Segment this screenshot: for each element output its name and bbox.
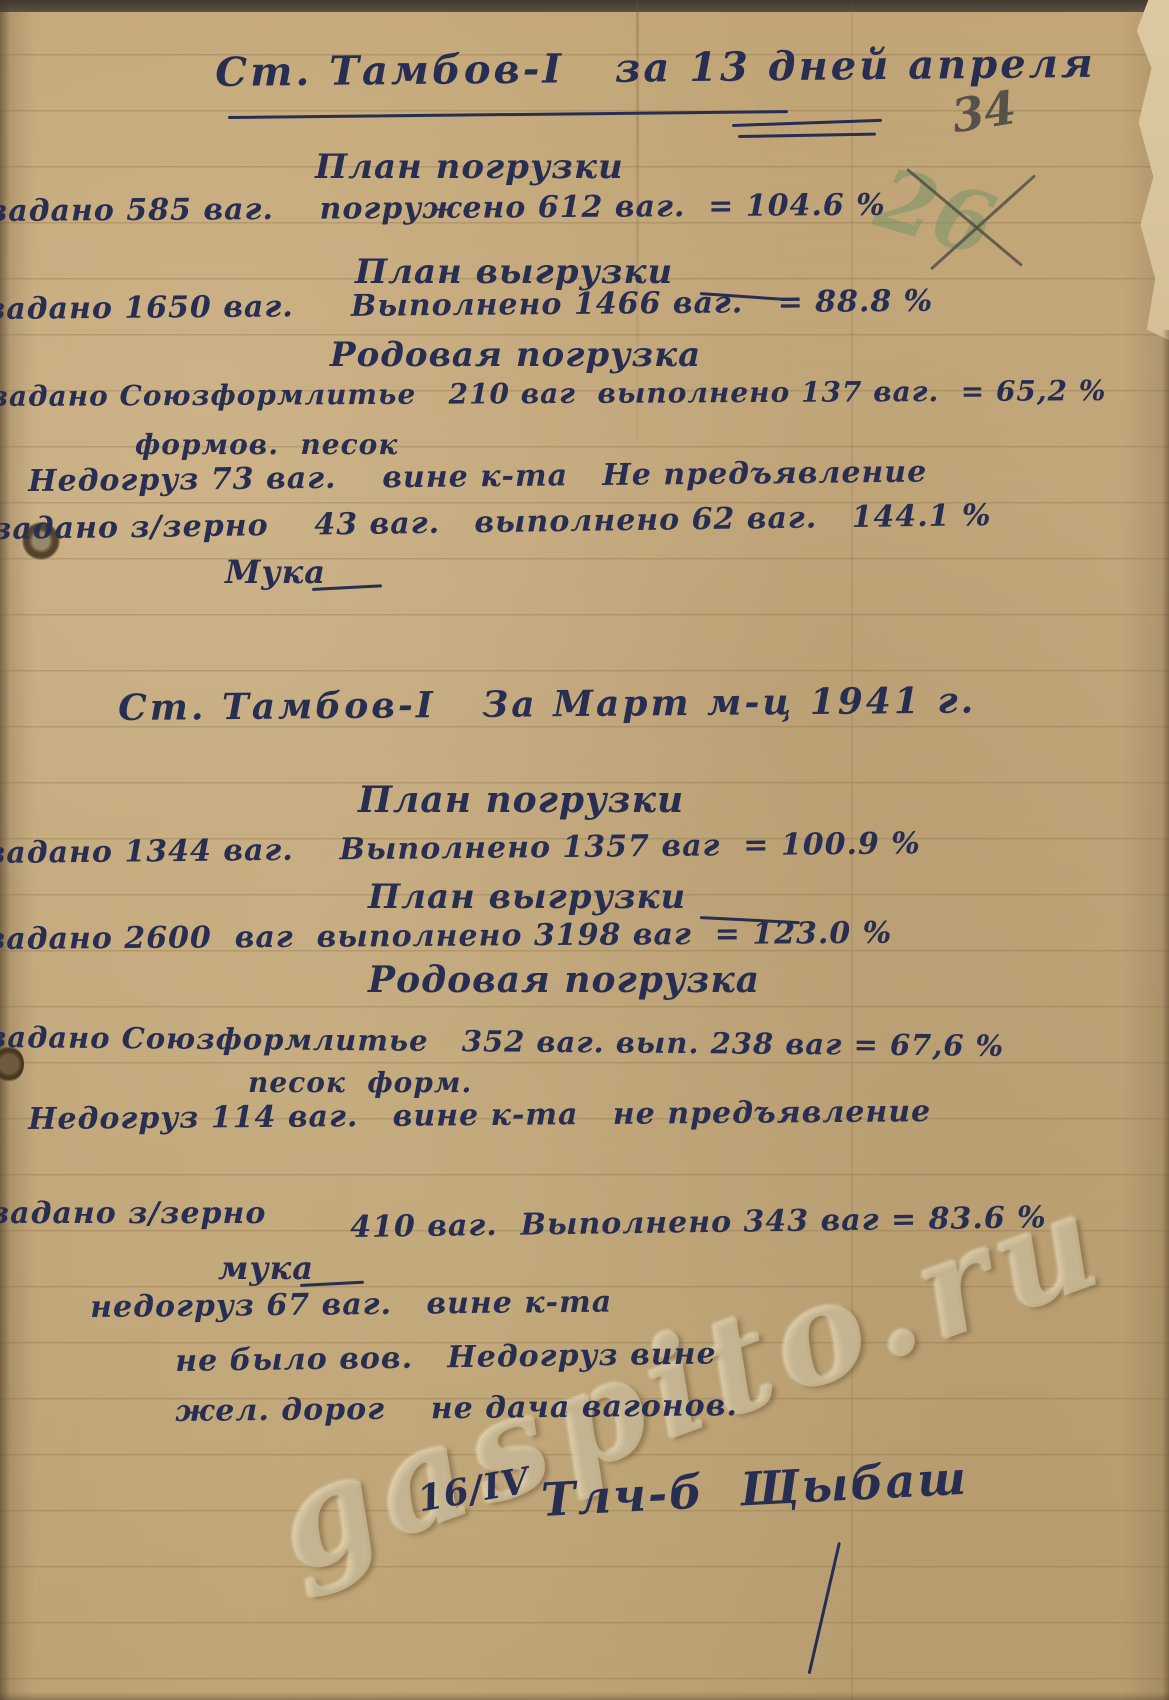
march-grain-label: задано з/зерно [0, 1198, 266, 1230]
march-plan-loading-line: задано 1344 ваг. Выполнено 1357 ваг = 10… [0, 828, 921, 869]
march-commodity-line: задано Союзформлитье 352 ваг. вып. 238 в… [0, 1022, 1004, 1061]
title-underline [732, 119, 882, 127]
april-commodity-note: формов. песок [135, 430, 398, 459]
march-section-title: Ст. Тамбов-I За Март м-ц 1941 г. [118, 683, 976, 728]
march-flour-note: мука [218, 1252, 314, 1286]
april-section-title: Ст. Тамбов-I за 13 дней апреля [215, 43, 1096, 94]
march-plan-unloading-line: задано 2600 ваг выполнено 3198 ваг = 123… [0, 918, 892, 956]
title-underline [228, 110, 788, 119]
march-shortfall2-line: недогруз 67 ваг. вине к-та [90, 1287, 612, 1324]
march-remark-line2: жел. дорог не дача вагонов. [175, 1390, 738, 1427]
april-flour-note: Мука [225, 556, 326, 590]
april-plan-unloading-line: задано 1650 ваг. Выполнено 1466 ваг. = 8… [0, 286, 933, 326]
torn-corner [1123, 0, 1169, 340]
green-pencil-mark: 26 [866, 148, 1006, 275]
april-shortfall-line: Недогруз 73 ваг. вине к-та Не предъявлен… [28, 457, 927, 498]
march-plan-unloading-heading: План выгрузки [368, 880, 686, 916]
page-number-pencil: 34 [948, 80, 1020, 143]
april-commodity-line: задано Союзформлитье 210 ваг выполнено 1… [0, 376, 1107, 411]
march-remark-line1: не было вов. Недогруз вине [175, 1338, 717, 1377]
march-commodity-heading: Родовая погрузка [368, 962, 760, 1000]
scanned-document-page: gaspito.ru 34 26 Ст. Тамбов-I за 13 дней… [0, 0, 1169, 1700]
signature-stroke [808, 1542, 841, 1674]
scan-bottom-edge [0, 1692, 1169, 1700]
april-plan-loading-heading: План погрузки [315, 150, 624, 186]
march-commodity-note: песок форм. [248, 1068, 472, 1097]
march-plan-loading-heading: План погрузки [358, 782, 684, 820]
scan-right-edge [1162, 330, 1169, 1700]
april-plan-unloading-heading: План выгрузки [355, 255, 673, 291]
march-shortfall-line: Недогруз 114 ваг. вине к-та не предъявле… [28, 1096, 931, 1135]
april-commodity-heading: Родовая погрузка [330, 338, 701, 374]
april-plan-loading-line: задано 585 ваг. погружено 612 ваг. = 104… [0, 190, 886, 228]
scan-top-edge [0, 0, 1169, 12]
title-underline [738, 133, 876, 138]
april-grain-line: задано з/зерно 43 ваг. выполнено 62 ваг.… [0, 500, 992, 545]
